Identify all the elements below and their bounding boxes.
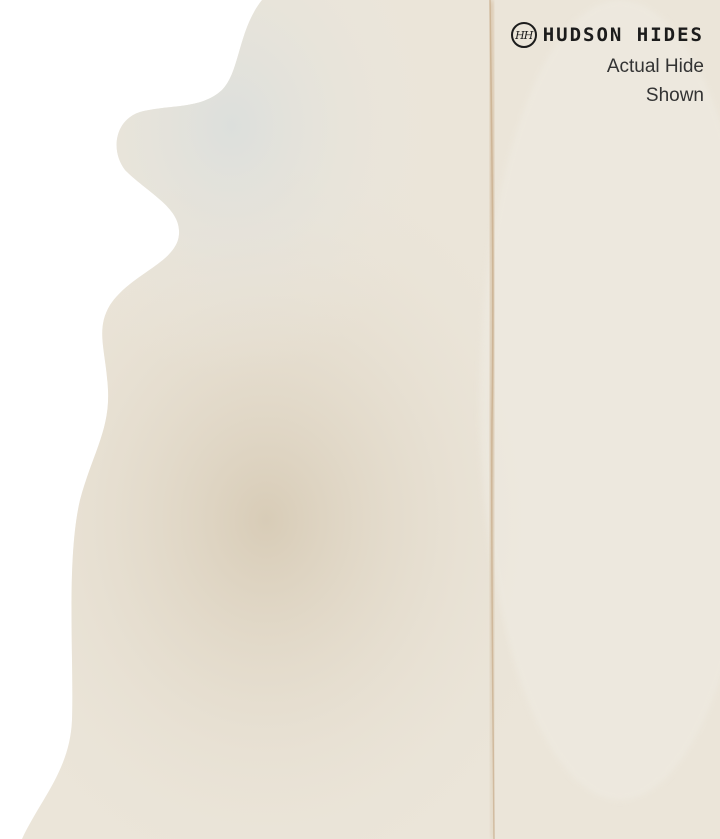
brand-name: HUDSON HIDES [543,24,704,46]
cowhide-image [0,0,720,839]
monogram-icon: HH [511,22,537,48]
brand-block: HH HUDSON HIDES Actual Hide Shown [511,22,704,110]
logo: HH HUDSON HIDES [511,22,704,48]
caption-line-2: Shown [646,81,704,110]
caption-line-1: Actual Hide [607,52,704,81]
